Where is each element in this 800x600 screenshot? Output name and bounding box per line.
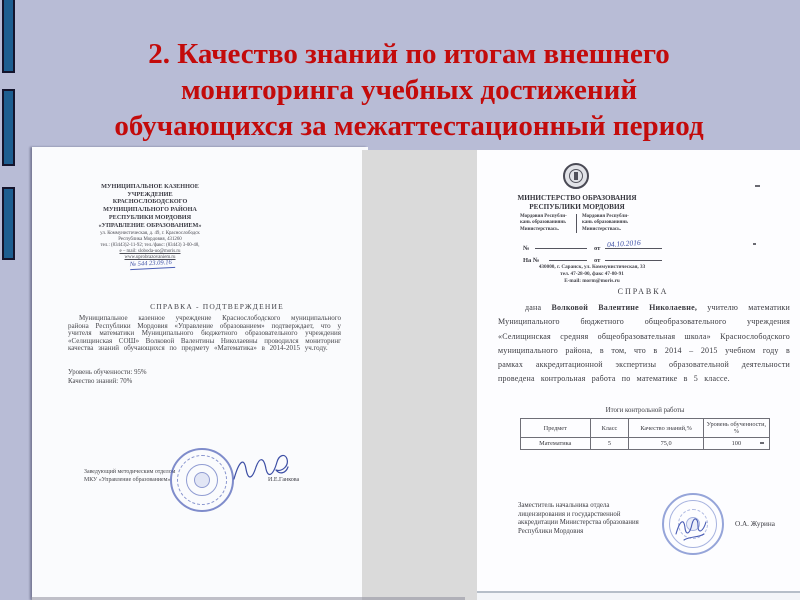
ref-number-blank: [535, 241, 587, 249]
left-doc-org-name: МУНИЦИПАЛЬНОЕ КАЗЕННОЕ УЧРЕЖДЕНИЕ КРАСНО…: [40, 183, 260, 229]
signature-role-line: аккредитации Министерства образования: [518, 519, 639, 528]
signature-role-line: Республики Мордовия: [518, 528, 639, 537]
left-doc-stat-quality: Качество знаний: 70%: [68, 378, 132, 385]
results-table: Предмет Класс Качество знаний,% Уровень …: [520, 418, 770, 450]
bilingual-ministry-name: Мордовия Республи- кань образованиянь Ми…: [520, 214, 638, 233]
reply-date-label: от: [594, 257, 600, 264]
bilingual-column-right: Мордовия Республи- кань образованиянь Ми…: [576, 214, 638, 233]
right-doc-signature-role: Заместитель начальника отдела лицензиров…: [518, 502, 639, 536]
address-line: 430000, г. Саранск, ул. Коммунистическая…: [492, 264, 692, 271]
reply-ref-blank: [549, 253, 587, 261]
ref-date-blank: [605, 241, 662, 249]
ref-date-label: от: [594, 245, 600, 252]
table-caption: Итоги контрольной работы: [520, 407, 770, 414]
signature-role-line: МКУ «Управление образованием»: [84, 476, 175, 484]
presentation-slide: 2. Качество знаний по итогам внешнего мо…: [0, 0, 800, 600]
address-line: тел. 47-28-00, факс 47-80-91: [492, 271, 692, 278]
header-subject: Предмет: [521, 419, 591, 438]
right-document-scan: МИНИСТЕРСТВО ОБРАЗОВАНИЯ РЕСПУБЛИКИ МОРД…: [362, 150, 800, 600]
right-doc-body: дана Волковой Валентине Николаевне, учит…: [498, 301, 790, 387]
right-doc-title: СПРАВКА: [497, 287, 789, 296]
signature-icon: [670, 506, 716, 551]
scan-artifact: [753, 243, 756, 245]
scan-paper-edge: [477, 593, 800, 600]
cell-level: 100: [703, 438, 769, 450]
header-quality: Качество знаний,%: [629, 419, 703, 438]
ministry-line: РЕСПУБЛИКИ МОРДОВИЯ: [477, 203, 677, 212]
table-header-row: Предмет Класс Качество знаний,% Уровень …: [521, 419, 770, 438]
org-line: РЕСПУБЛИКИ МОРДОВИЯ: [40, 214, 260, 222]
left-doc-body: Муниципальное казенное учреждение Красно…: [68, 315, 341, 353]
signature-icon: [230, 447, 296, 496]
accent-bar-2: [2, 89, 15, 166]
stamp-center: [194, 472, 210, 488]
body-rest: учителю математики Муниципального бюджет…: [498, 303, 790, 383]
reply-ref-label: На №: [523, 257, 539, 264]
cell-subject: Математика: [521, 438, 591, 450]
cell-quality: 75,0: [629, 438, 703, 450]
signature-role-line: лицензирования и государственной: [518, 511, 639, 520]
accent-bar-3: [2, 187, 15, 260]
org-line: КРАСНОСЛОБОДСКОГО: [40, 198, 260, 206]
table-row: Математика 5 75,0 100: [521, 438, 770, 450]
ref-number-label: №: [523, 245, 530, 252]
ministry-line: МИНИСТЕРСТВО ОБРАЗОВАНИЯ: [477, 194, 677, 203]
left-doc-title: СПРАВКА - ПОДТВЕРЖДЕНИЕ: [92, 302, 342, 311]
right-document-paper: МИНИСТЕРСТВО ОБРАЗОВАНИЯ РЕСПУБЛИКИ МОРД…: [477, 150, 800, 593]
slide-title-line-2: мониторинга учебных достижений: [22, 72, 796, 108]
ministry-address: 430000, г. Саранск, ул. Коммунистическая…: [492, 264, 692, 284]
org-line: УЧРЕЖДЕНИЕ: [40, 191, 260, 199]
bilingual-line: Министерствась.: [520, 227, 576, 233]
coat-of-arms-icon: [563, 163, 589, 189]
slide-title-line-3: обучающихся за межаттестационный период: [22, 108, 796, 144]
signature-role-line: Заместитель начальника отдела: [518, 502, 639, 511]
bilingual-line: Министерствась.: [582, 227, 638, 233]
scan-artifact: [755, 185, 760, 187]
bilingual-column-left: Мордовия Республи- кань образованиянь Ми…: [520, 214, 576, 233]
left-document-scan: МУНИЦИПАЛЬНОЕ КАЗЕННОЕ УЧРЕЖДЕНИЕ КРАСНО…: [32, 147, 368, 600]
header-class: Класс: [590, 419, 629, 438]
body-prefix: дана: [525, 303, 552, 312]
left-doc-stat-level: Уровень обученности: 95%: [68, 369, 147, 376]
signature-role-line: Заведующий методическим отделом: [84, 468, 175, 476]
right-doc-signature-name: О.А. Журина: [735, 520, 775, 528]
org-line: «УПРАВЛЕНИЕ ОБРАЗОВАНИЕМ»: [40, 222, 260, 230]
round-stamp-icon: [170, 448, 234, 512]
reply-date-blank: [605, 253, 662, 261]
left-doc-signature-role: Заведующий методическим отделом МКУ «Упр…: [84, 468, 175, 484]
accent-bar-1: [2, 0, 15, 73]
left-doc-signature-name: И.Е.Ганкова: [268, 477, 299, 483]
left-doc-address: ул. Коммунистическая, д. 49, г. Красносл…: [40, 231, 260, 261]
slide-title: 2. Качество знаний по итогам внешнего мо…: [22, 36, 796, 144]
ministry-name: МИНИСТЕРСТВО ОБРАЗОВАНИЯ РЕСПУБЛИКИ МОРД…: [477, 194, 677, 211]
org-line: МУНИЦИПАЛЬНОГО РАЙОНА: [40, 206, 260, 214]
teacher-name: Волковой Валентине Николаевне,: [552, 303, 698, 312]
slide-title-line-1: 2. Качество знаний по итогам внешнего: [22, 36, 796, 72]
scan-artifact: [760, 442, 764, 444]
org-line: МУНИЦИПАЛЬНОЕ КАЗЕННОЕ: [40, 183, 260, 191]
emblem-core: [574, 172, 578, 180]
cell-class: 5: [590, 438, 629, 450]
email-line: E-mail: morm@moris.ru: [492, 278, 692, 285]
header-level: Уровень обученности, %: [703, 419, 769, 438]
left-doc-handwritten-number: № 544 23.09.16: [130, 259, 175, 270]
